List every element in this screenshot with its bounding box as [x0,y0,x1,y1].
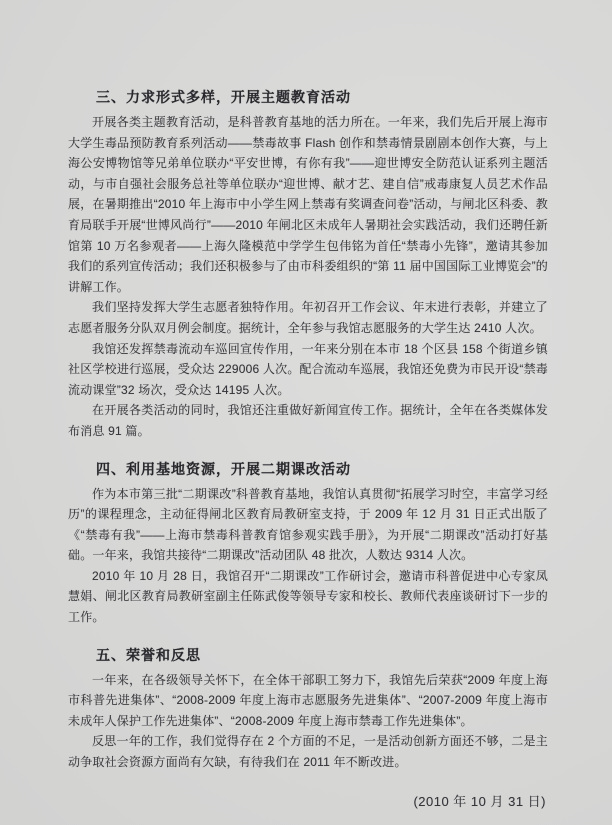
document-page: 三、力求形式多样，开展主题教育活动 开展各类主题教育活动，是科普教育基地的活力所… [68,86,548,810]
section-3-paragraph-3: 我馆还发挥禁毒流动车巡回宣传作用，一年来分别在本市 18 个区县 158 个街道… [68,339,548,401]
section-5-heading: 五、荣誉和反思 [68,644,548,666]
section-3-paragraph-1: 开展各类主题教育活动，是科普教育基地的活力所在。一年来，我们先后开展上海市大学生… [68,112,548,297]
section-5-paragraph-2: 反思一年的工作，我们觉得存在 2 个方面的不足，一是活动创新方面还不够，二是主动… [68,731,548,772]
section-3-heading: 三、力求形式多样，开展主题教育活动 [68,86,548,108]
section-4-heading: 四、利用基地资源，开展二期课改活动 [68,458,548,480]
document-date: (2010 年 10 月 31 日) [68,791,548,810]
section-3-paragraph-4: 在开展各类活动的同时，我馆还注重做好新闻宣传工作。据统计，全年在各类媒体发布消息… [68,400,548,441]
section-4-paragraph-2: 2010 年 10 月 28 日，我馆召开“二期课改”工作研讨会，邀请市科普促进… [68,566,548,628]
section-3-paragraph-2: 我们坚持发挥大学生志愿者独特作用。年初召开工作会议、年末进行表彰，并建立了志愿者… [68,297,548,338]
section-5-paragraph-1: 一年来，在各级领导关怀下，在全体干部职工努力下，我馆先后荣获“2009 年度上海… [68,670,548,732]
section-4-paragraph-1: 作为本市第三批“二期课改”科普教育基地，我馆认真贯彻“拓展学习时空，丰富学习经历… [68,484,548,566]
